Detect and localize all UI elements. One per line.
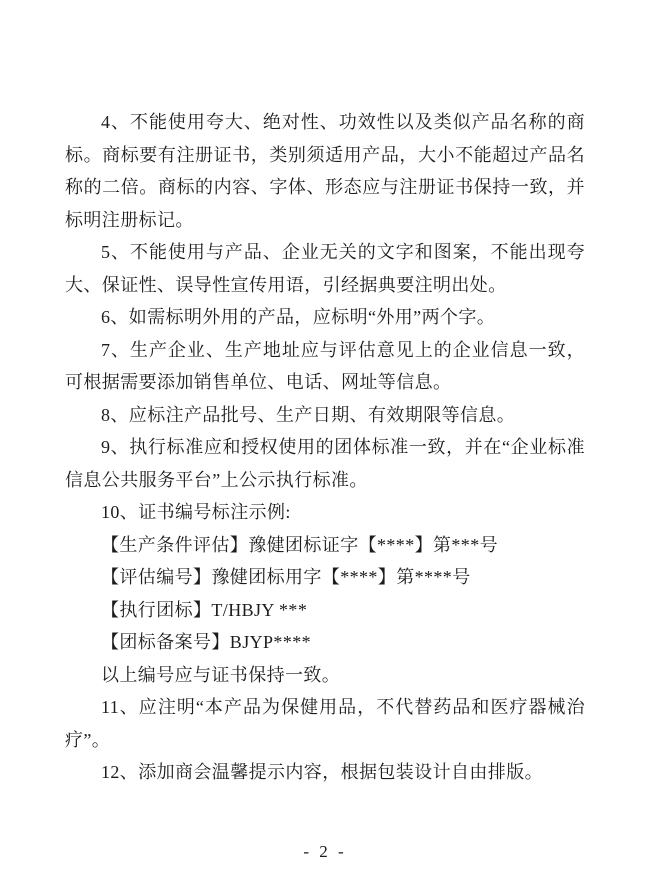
paragraph-cert-eval-number: 【评估编号】豫健团标用字【****】第****号	[65, 561, 585, 594]
paragraph-item-12: 12、添加商会温馨提示内容，根据包装设计自由排版。	[65, 756, 585, 789]
document-page: 4、不能使用夸大、绝对性、功效性以及类似产品名称的商标。商标要有注册证书，类别须…	[0, 0, 650, 895]
paragraph-item-6: 6、如需标明外用的产品，应标明“外用”两个字。	[65, 301, 585, 334]
paragraph-item-8: 8、应标注产品批号、生产日期、有效期限等信息。	[65, 399, 585, 432]
paragraph-item-5: 5、不能使用与产品、企业无关的文字和图案，不能出现夸大、保证性、误导性宣传用语，…	[65, 236, 585, 301]
page-number: - 2 -	[0, 841, 650, 863]
paragraph-number-consistency-note: 以上编号应与证书保持一致。	[65, 659, 585, 692]
paragraph-cert-record-number: 【团标备案号】BJYP****	[65, 626, 585, 659]
paragraph-item-7: 7、生产企业、生产地址应与评估意见上的企业信息一致，可根据需要添加销售单位、电话…	[65, 334, 585, 399]
paragraph-item-9: 9、执行标准应和授权使用的团体标准一致，并在“企业标准信息公共服务平台”上公示执…	[65, 431, 585, 496]
paragraph-cert-production-eval: 【生产条件评估】豫健团标证字【****】第***号	[65, 529, 585, 562]
paragraph-item-4: 4、不能使用夸大、绝对性、功效性以及类似产品名称的商标。商标要有注册证书，类别须…	[65, 106, 585, 236]
document-body: 4、不能使用夸大、绝对性、功效性以及类似产品名称的商标。商标要有注册证书，类别须…	[65, 106, 585, 789]
paragraph-cert-standard: 【执行团标】T/HBJY ***	[65, 594, 585, 627]
paragraph-item-11: 11、应注明“本产品为保健用品，不代替药品和医疗器械治疗”。	[65, 691, 585, 756]
paragraph-item-10: 10、证书编号标注示例:	[65, 496, 585, 529]
